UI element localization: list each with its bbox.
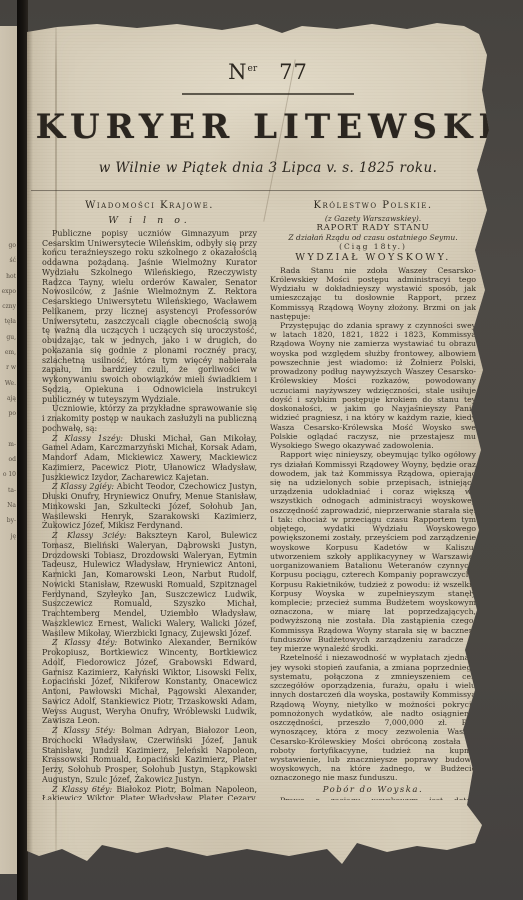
article-paragraph: Rzetelność i niezawodność w wypłatach zj…: [270, 653, 476, 782]
right-column: Królestwo Polskie. (z Gazety Warszawskie…: [270, 200, 476, 800]
article-paragraph: Prawo o zaciągu woyskowym jest dotąd nie…: [270, 796, 476, 800]
article-paragraph: Przystępując do zdania sprawy z czynnośc…: [270, 321, 476, 450]
article-body: Wiadomości Krajowe. W i l n o. Publiczne…: [27, 191, 509, 800]
article-paragraph: Uczniowie, którzy za przykładne sprawowa…: [42, 404, 257, 433]
section-heading-kingdom-poland: Królestwo Polskie.: [270, 200, 476, 212]
class-list-label: Z Klassy 1széy:: [52, 434, 123, 443]
class-list-item: Z Klassy 3ciéy: Bakszteyn Karol, Bulewic…: [42, 531, 257, 638]
section-heading-domestic-news: Wiadomości Krajowe.: [42, 200, 257, 212]
place-heading-wilno: W i l n o.: [42, 215, 257, 227]
issue-number: Ner77: [27, 60, 509, 84]
left-column: Wiadomości Krajowe. W i l n o. Publiczne…: [42, 200, 257, 800]
binding-gutter-shadow: [17, 0, 28, 900]
previous-page-edge: go ść hot expo czny tęła gu, em, r w We.…: [0, 26, 18, 874]
class-list-item: Z Klassy 1széy: Dłuski Michał, Gan Mikoł…: [42, 434, 257, 483]
class-list-names: Botwinko Alexander, Berników Prokopiusz,…: [42, 638, 257, 725]
article-paragraph: Rada Stanu nie zdoła Waszey Cesarsko-Kró…: [270, 266, 476, 321]
newspaper-title: KURYER LITEWSKI: [27, 107, 509, 147]
masthead-divider: [31, 190, 493, 191]
department-heading-military: WYDZIAŁ WOYSKOWY.: [270, 252, 476, 263]
class-list-names: Bakszteyn Karol, Bulewicz Tomasz, Bieliń…: [42, 531, 257, 638]
class-list-label: Z Klassy 3ciéy:: [52, 531, 126, 540]
class-list-label: Z Klassy 2giéy:: [52, 482, 114, 491]
previous-page-text-fragments: go ść hot expo czny tęła gu, em, r w We.…: [1, 238, 16, 544]
masthead-rule: [182, 93, 354, 95]
article-paragraph: Rapport więc ninieyszy, obeymując tylko …: [270, 450, 476, 653]
article-paragraph: Publiczne popisy uczniów Gimnazyum przy …: [42, 229, 257, 405]
class-list-item: Z Klassy 4téy: Botwinko Alexander, Berni…: [42, 638, 257, 726]
series-part-label: (Ciąg 18ty.): [270, 242, 476, 251]
newspaper-page: Ner77 KURYER LITEWSKI w Wilnie w Piątek …: [27, 0, 509, 900]
issue-label: N: [228, 60, 247, 84]
class-list-label: Z Klassy 5téy:: [52, 726, 115, 735]
subsection-heading-army-draft: Pobór do Woyska.: [270, 785, 476, 795]
issue-number-value: 77: [279, 60, 308, 84]
class-list-item: Z Klassy 6téy: Białokoz Piotr, Bolman Na…: [42, 785, 257, 800]
class-list-label: Z Klassy 4téy:: [52, 638, 117, 647]
class-list-label: Z Klassy 6téy:: [52, 785, 112, 794]
scan-background: go ść hot expo czny tęła gu, em, r w We.…: [0, 0, 523, 900]
class-list-item: Z Klassy 2giéy: Abicht Teodor, Czechowic…: [42, 482, 257, 531]
report-subtitle: Z działań Rządu od czasu ostatniego Seym…: [270, 233, 476, 242]
masthead: Ner77 KURYER LITEWSKI w Wilnie w Piątek …: [27, 60, 509, 191]
class-list-item: Z Klassy 5téy: Bolman Adryan, Białozor L…: [42, 726, 257, 785]
report-title: RAPORT RADY STANU: [270, 223, 476, 233]
issue-label-superscript: er: [248, 64, 258, 74]
dateline: w Wilnie w Piątek dnia 3 Lipca v. s. 182…: [27, 160, 509, 176]
source-attribution: (z Gazety Warszawskiey).: [270, 214, 476, 223]
